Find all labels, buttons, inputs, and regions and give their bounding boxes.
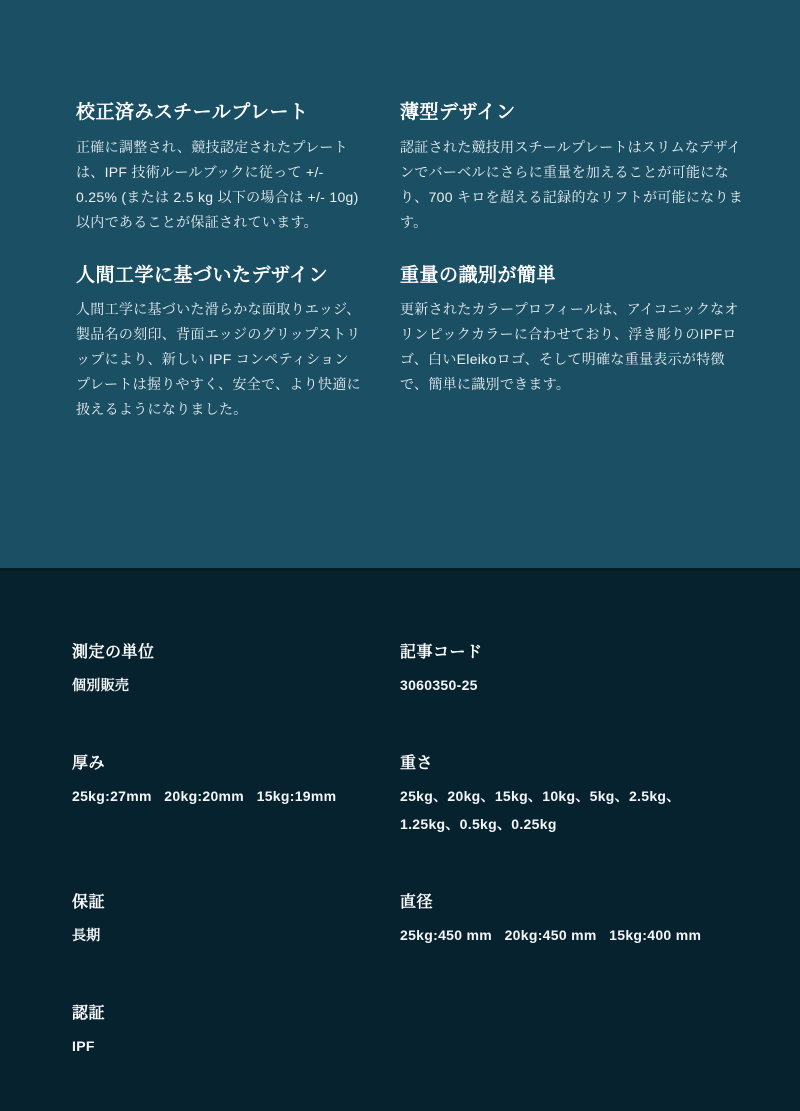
feature-body: 人間工学に基づいた滑らかな面取りエッジ、製品名の刻印、背面エッジのグリップストリ… xyxy=(76,297,366,422)
spec-diameter: 直径 25kg:450 mm 20kg:450 mm 15kg:400 mm xyxy=(400,889,760,949)
feature-body: 正確に調整され、競技認定されたプレートは、IPF 技術ルールブックに従って +/… xyxy=(76,135,366,235)
feature-body: 認証された競技用スチールプレートはスリムなデザインでバーベルにさらに重量を加える… xyxy=(400,135,748,235)
spec-weight: 重さ 25kg、20kg、15kg、10kg、5kg、2.5kg、1.25kg、… xyxy=(400,750,760,838)
feature-card-ergonomic-design: 人間工学に基づいたデザイン 人間工学に基づいた滑らかな面取りエッジ、製品名の刻印… xyxy=(76,263,366,423)
spec-value: 3060350-25 xyxy=(400,671,740,699)
spec-value: 25kg:27mm 20kg:20mm 15kg:19mm xyxy=(72,782,380,810)
spec-warranty: 保証 長期 xyxy=(72,889,400,949)
features-section: 校正済みスチールプレート 正確に調整され、競技認定されたプレートは、IPF 技術… xyxy=(0,0,800,568)
spec-label: 直径 xyxy=(400,889,740,912)
specs-section: 測定の単位 個別販売 記事コード 3060350-25 厚み 25kg:27mm… xyxy=(0,568,800,1111)
spec-value: 長期 xyxy=(72,921,380,949)
spec-label: 測定の単位 xyxy=(72,639,380,662)
product-info-page: 校正済みスチールプレート 正確に調整され、競技認定されたプレートは、IPF 技術… xyxy=(0,0,800,1111)
spec-label: 認証 xyxy=(72,1000,380,1023)
spec-thickness: 厚み 25kg:27mm 20kg:20mm 15kg:19mm xyxy=(72,750,400,838)
feature-title: 校正済みスチールプレート xyxy=(76,100,366,126)
feature-title: 人間工学に基づいたデザイン xyxy=(76,263,366,289)
spec-unit-of-measure: 測定の単位 個別販売 xyxy=(72,639,400,699)
spec-value: 個別販売 xyxy=(72,671,380,699)
feature-title: 薄型デザイン xyxy=(400,100,748,126)
feature-card-weight-identification: 重量の識別が簡単 更新されたカラープロフィールは、アイコニックなオリンピックカラ… xyxy=(400,263,748,423)
spec-value: 25kg:450 mm 20kg:450 mm 15kg:400 mm xyxy=(400,921,740,949)
spec-certification: 認証 IPF xyxy=(72,1000,400,1060)
spec-label: 保証 xyxy=(72,889,380,912)
spec-article-code: 記事コード 3060350-25 xyxy=(400,639,760,699)
feature-card-calibrated-plates: 校正済みスチールプレート 正確に調整され、競技認定されたプレートは、IPF 技術… xyxy=(76,100,366,235)
spec-label: 厚み xyxy=(72,750,380,773)
spec-label: 重さ xyxy=(400,750,740,773)
spec-value: 25kg、20kg、15kg、10kg、5kg、2.5kg、1.25kg、0.5… xyxy=(400,782,740,838)
feature-body: 更新されたカラープロフィールは、アイコニックなオリンピックカラーに合わせており、… xyxy=(400,297,748,397)
feature-card-slim-design: 薄型デザイン 認証された競技用スチールプレートはスリムなデザインでバーベルにさら… xyxy=(400,100,748,235)
feature-title: 重量の識別が簡単 xyxy=(400,263,748,289)
spec-label: 記事コード xyxy=(400,639,740,662)
spec-value: IPF xyxy=(72,1032,380,1060)
